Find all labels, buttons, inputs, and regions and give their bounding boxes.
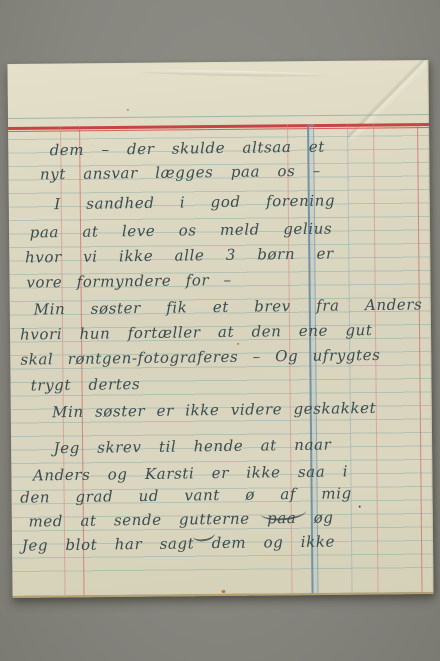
handwriting-line: trygt dertes (31, 375, 141, 395)
handwriting-line: I sandhed i god forening (54, 191, 335, 214)
handwriting-line: nyt ansvar lægges paa os – (40, 162, 321, 185)
handwriting-line: Jeg blot har sagt dem og ikke (22, 533, 335, 556)
handwriting-line: Min søster fik et brev fra Anders (34, 295, 423, 319)
handwriting-line: hvori hun fortæller at den ene gut (20, 321, 373, 345)
handwriting-line: Min søster er ikke videre geskakket (52, 399, 376, 422)
handwriting-line: Jeg skrev til hende at naar (53, 436, 331, 459)
handwriting-line: hvor vi ikke alle 3 børn er (25, 245, 334, 268)
handwriting-line: Anders og Karsti er ikke saa i (33, 462, 348, 485)
handwriting-line: skal røntgen-fotograferes – Og ufrygtes (20, 346, 380, 370)
photo-backdrop: dem – der skulde altsaa et nyt ansvar læ… (0, 0, 440, 661)
handwriting-line: vore formyndere for – (26, 271, 232, 293)
handwriting-line: dem – der skulde altsaa et (50, 138, 326, 161)
handwriting-line: paa at leve os meld gelius (30, 220, 333, 243)
handwriting-line: den grad ud vant ø af mig (20, 484, 352, 507)
handwritten-note: dem – der skulde altsaa et nyt ansvar læ… (7, 59, 435, 596)
notebook-page: dem – der skulde altsaa et nyt ansvar læ… (7, 60, 433, 598)
